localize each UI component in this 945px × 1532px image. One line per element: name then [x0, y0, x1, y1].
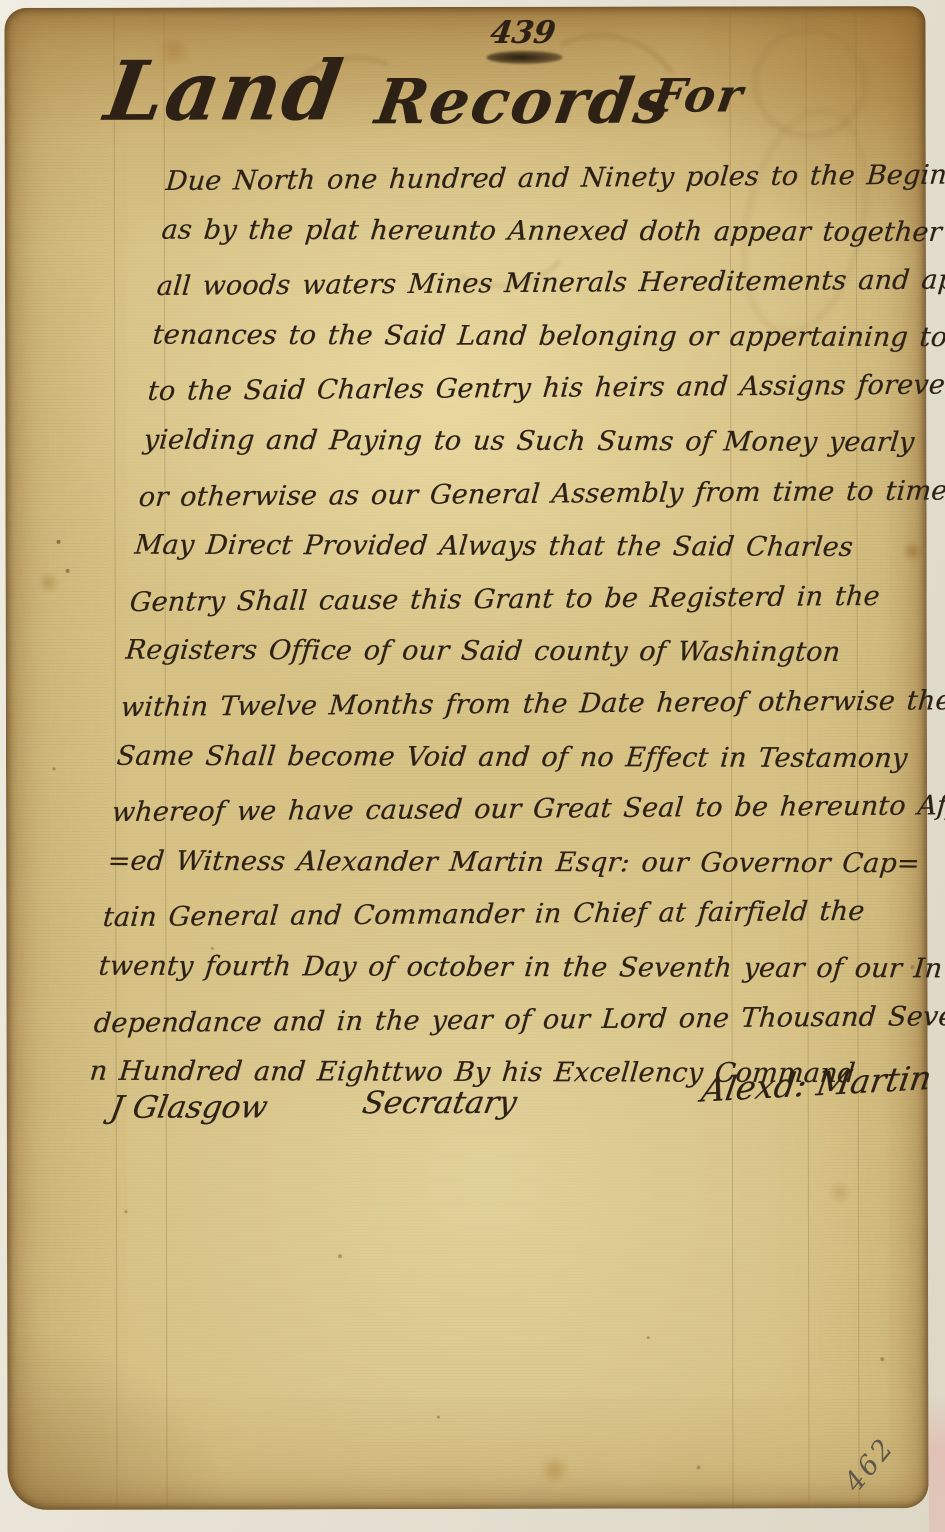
manuscript-line: all woods waters Mines Minerals Heredite…: [155, 255, 940, 314]
manuscript-line: Registers Office of our Said county of W…: [123, 625, 907, 680]
ink-stain: [36, 573, 62, 593]
header-title-for: For: [648, 68, 748, 122]
header-title-land: Land: [99, 43, 350, 140]
signature-secretary-title: Secratary: [360, 1085, 520, 1121]
manuscript-line: May Direct Provided Always that the Said…: [132, 520, 916, 575]
seal-impression: [752, 28, 867, 138]
ink-stain: [827, 1181, 853, 1203]
adjacent-page-edge: [929, 1395, 945, 1532]
manuscript-line: whereof we have caused our Great Seal to…: [110, 781, 895, 840]
ink-smudge-underline: [487, 51, 563, 64]
manuscript-line: =ed Witness Alexander Martin Esqr: our G…: [105, 835, 889, 890]
ink-stain: [537, 1457, 571, 1483]
manuscript-line: tenances to the Said Land belonging or a…: [150, 309, 934, 364]
signature-secretary: J Glasgow: [108, 1089, 271, 1125]
page-number-top: 439: [488, 15, 558, 51]
manuscript-line: dependance and in the year of our Lord o…: [92, 991, 877, 1050]
manuscript-line: Due North one hundred and Ninety poles t…: [164, 150, 945, 209]
manuscript-line: within Twelve Months from the Date hereo…: [119, 676, 904, 735]
manuscript-line: tain General and Commander in Chief at f…: [101, 886, 886, 945]
manuscript-line: as by the plat hereunto Annexed doth app…: [159, 204, 943, 259]
manuscript-line: or otherwise as our General Assembly fro…: [137, 465, 922, 524]
manuscript-line: to the Said Charles Gentry his heirs and…: [146, 360, 931, 419]
manuscript-body: Due North one hundred and Ninety poles t…: [87, 152, 945, 1100]
ledger-page: 439 Land Records For Due North one hundr…: [4, 6, 928, 1510]
paper-speck: [4, 8, 6, 10]
scanned-ledger-photo: { "doc": { "header": { "page_number": "4…: [0, 0, 945, 1532]
manuscript-line: yielding and Paying to us Such Sums of M…: [141, 415, 925, 470]
header-title-records: Records: [371, 65, 677, 139]
manuscript-line: Gentry Shall cause this Grant to be Regi…: [128, 570, 913, 629]
pencil-folio-number: 462: [838, 1431, 901, 1497]
manuscript-line: Same Shall become Void and of no Effect …: [114, 730, 898, 785]
manuscript-line: twenty fourth Day of october in the Seve…: [96, 941, 880, 996]
